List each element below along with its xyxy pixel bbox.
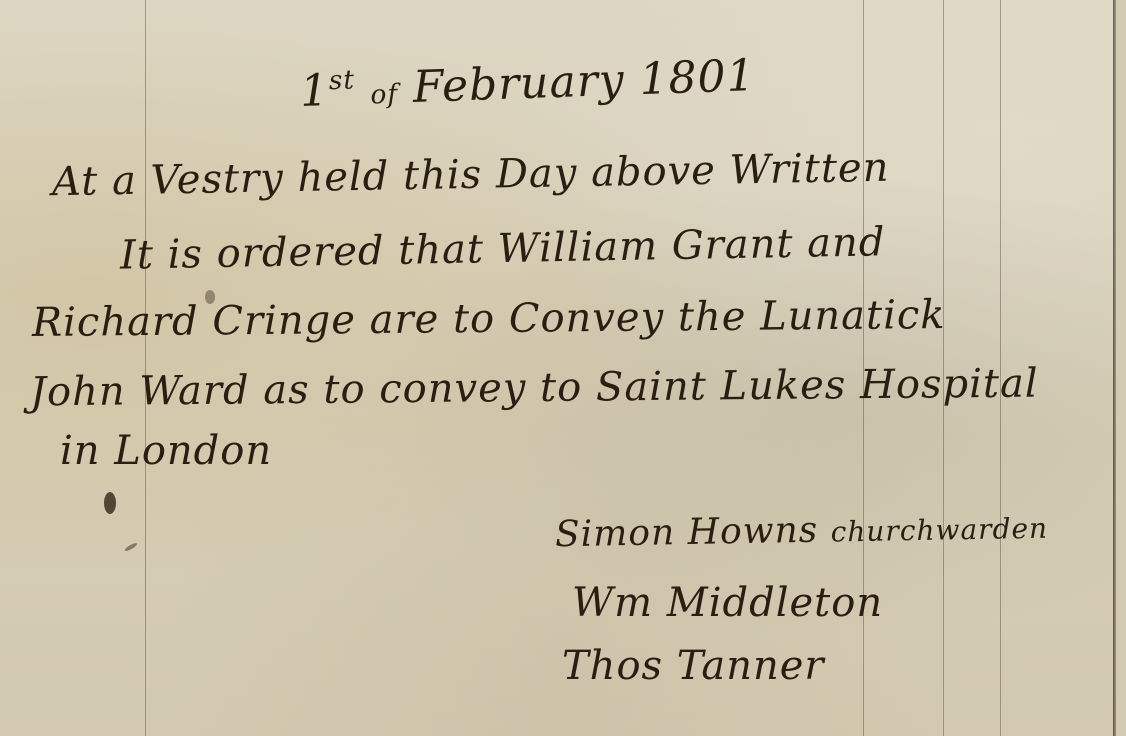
- date-day: 1: [299, 65, 330, 117]
- date-of: of: [370, 79, 399, 111]
- page-edge-shadow: [1116, 0, 1126, 736]
- signature-name: Thos Tanner: [562, 643, 825, 689]
- body-line-1: At a Vestry held this Day above Written: [52, 145, 890, 206]
- signature-name: Wm Middleton: [572, 580, 883, 626]
- signature-title: churchwarden: [830, 512, 1048, 549]
- signature-middleton: Wm Middleton: [572, 580, 883, 626]
- signature-tanner: Thos Tanner: [562, 643, 825, 689]
- date-day-suffix: st: [328, 64, 355, 96]
- ink-blot: [104, 492, 116, 514]
- body-line-4: John Ward as to convey to Saint Lukes Ho…: [30, 361, 1039, 416]
- signature-name: Simon Howns: [555, 510, 819, 556]
- body-line-3: Richard Cringe are to Convey the Lunatic…: [32, 292, 946, 346]
- date-month: February: [412, 55, 625, 113]
- date-year: 1801: [639, 50, 757, 105]
- manuscript-page: 1st of February 1801 At a Vestry held th…: [0, 0, 1126, 736]
- signature-churchwarden: Simon Howns churchwarden: [555, 506, 1049, 556]
- body-line-5: in London: [60, 428, 272, 474]
- ink-blot: [124, 542, 138, 552]
- body-line-2: It is ordered that William Grant and: [120, 219, 886, 278]
- date-heading: 1st of February 1801: [299, 50, 756, 117]
